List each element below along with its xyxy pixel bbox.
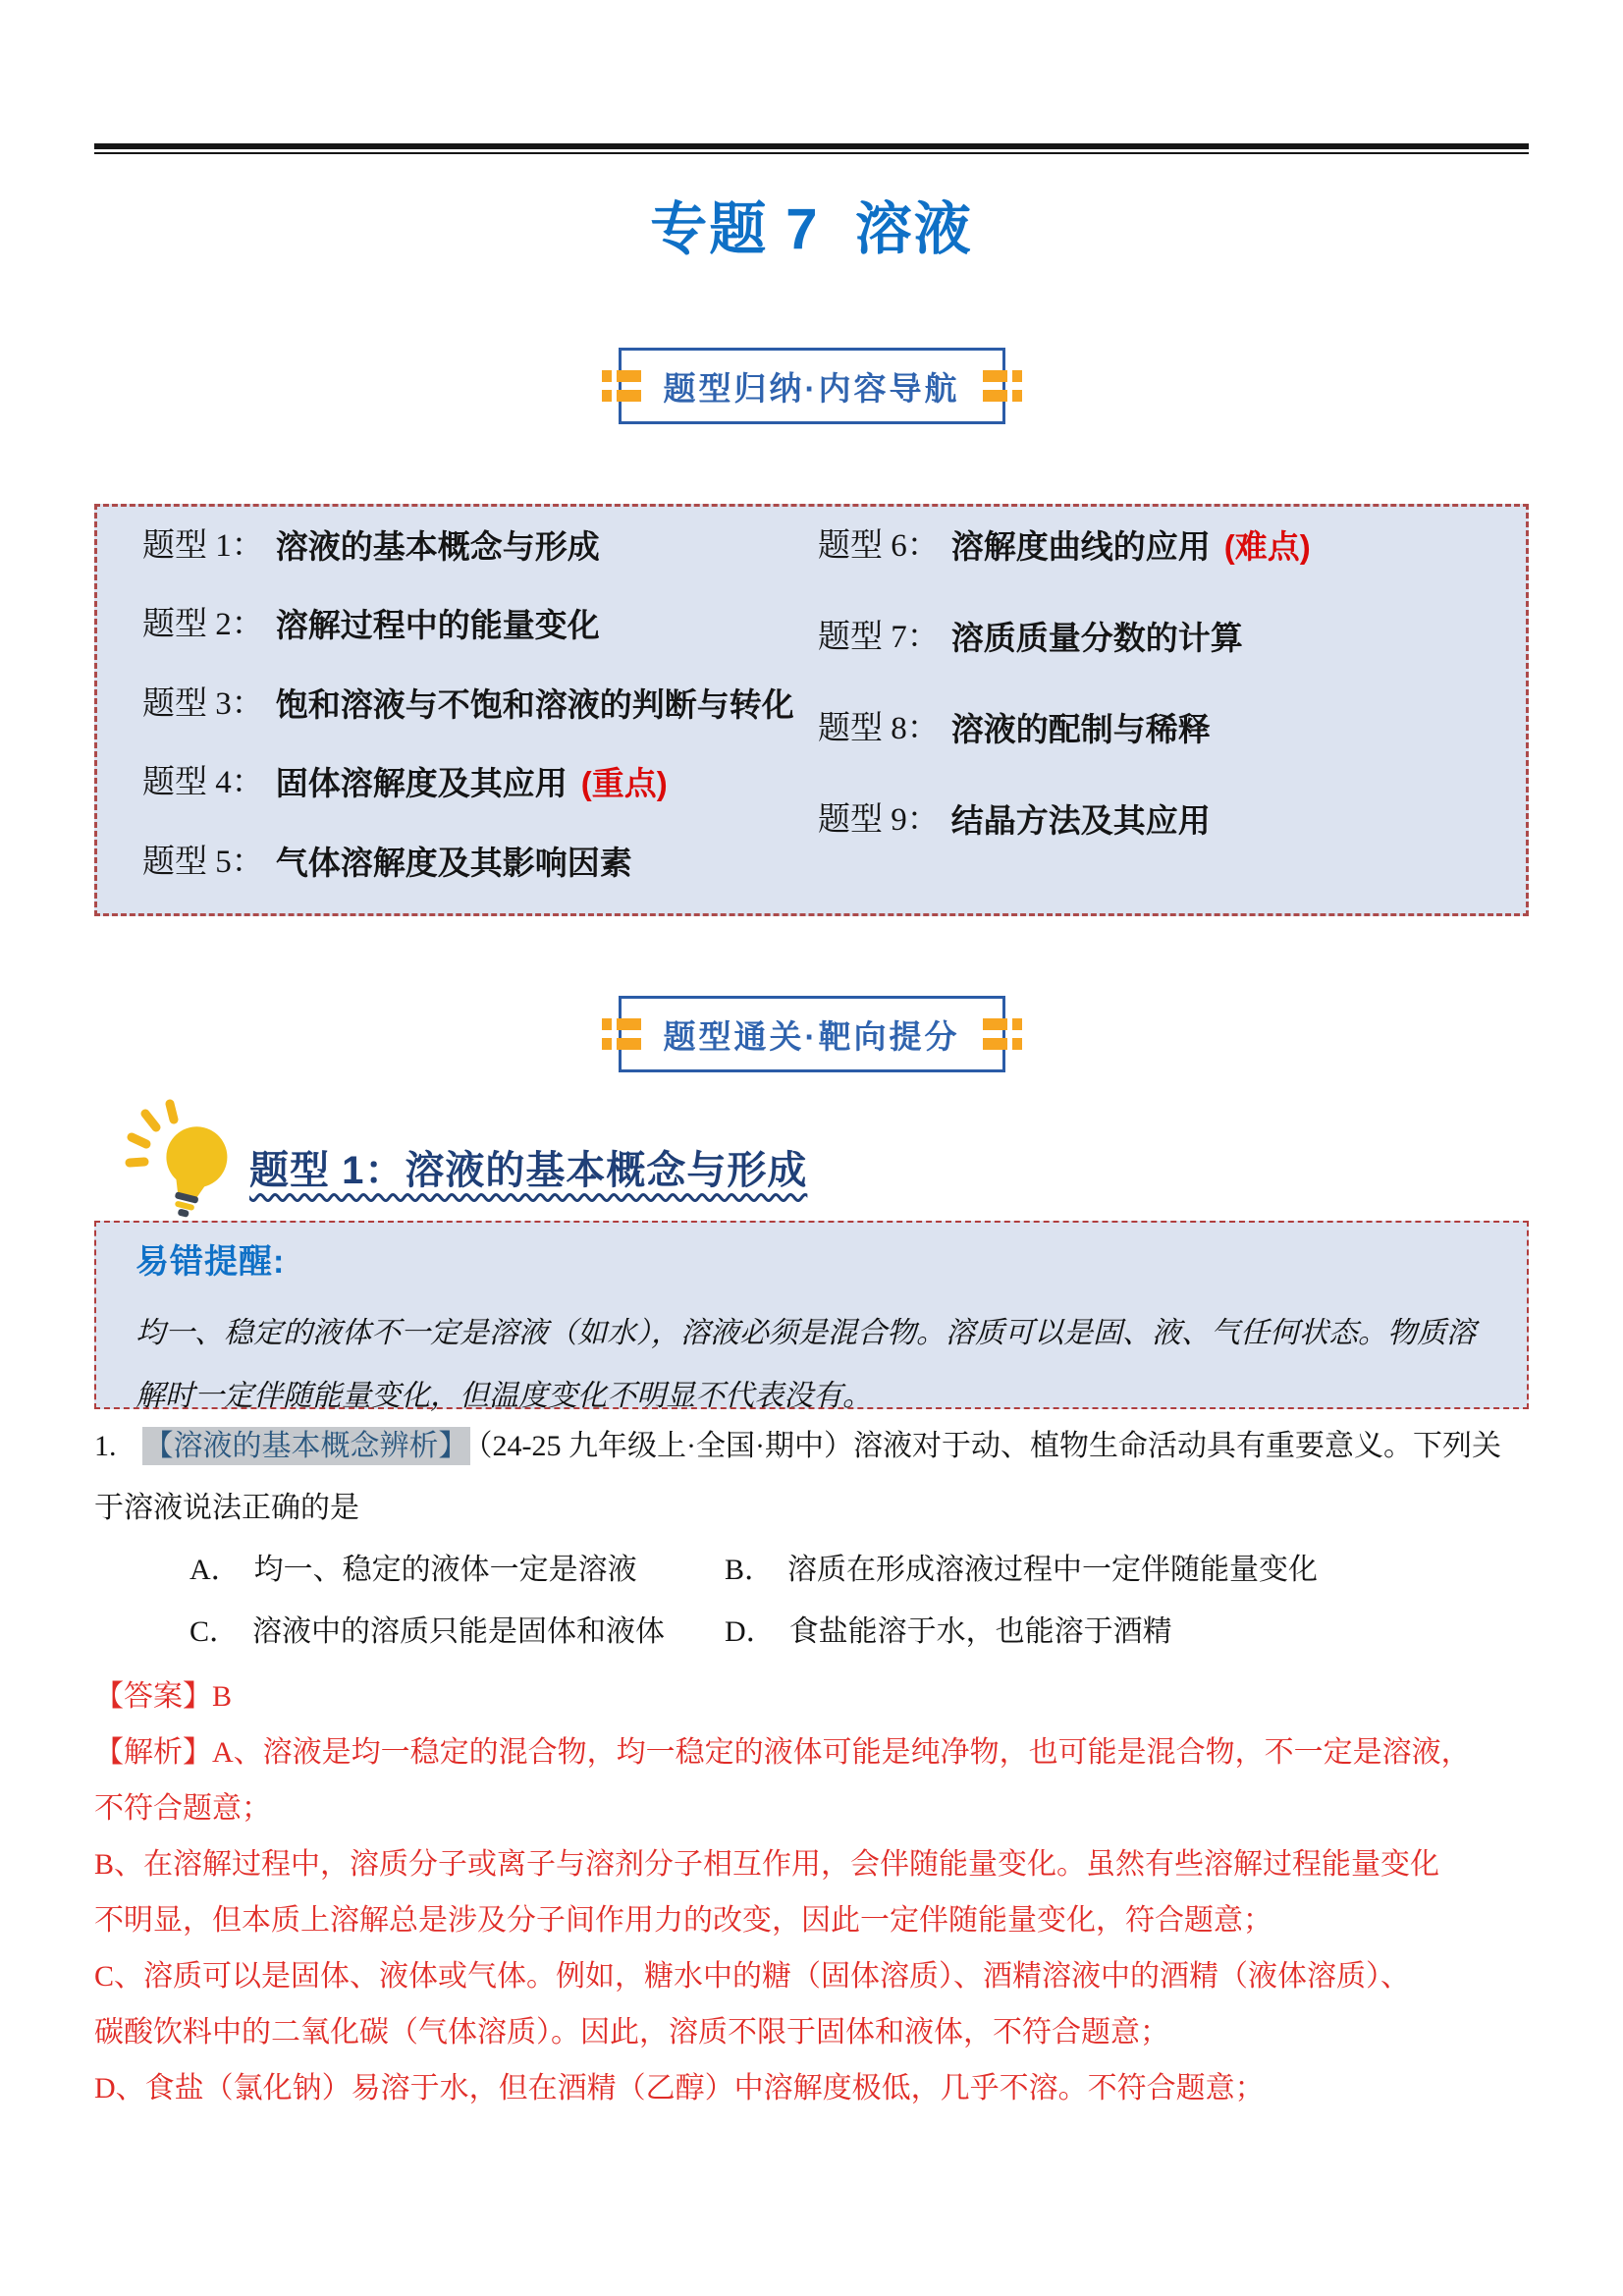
boost-section-badge-label: 题型通关·靶向提分	[664, 1011, 960, 1058]
alert-body: 均一、稳定的液体不一定是溶液（如水），溶液必须是混合物。溶质可以是固、液、气任何…	[135, 1302, 1497, 1428]
explanation-line-5: C、溶质可以是固体、液体或气体。例如，糖水中的糖（固体溶质）、酒精溶液中的酒精（…	[94, 1948, 1529, 2004]
equals-decoration-right-icon	[983, 370, 1022, 402]
equals-decoration-left-icon	[602, 1018, 641, 1050]
explanation-line-3: B、在溶解过程中，溶质分子或离子与溶剂分子相互作用，会伴随能量变化。虽然有些溶解…	[94, 1836, 1529, 1892]
option-c-label: C．	[189, 1615, 239, 1648]
equals-decoration-left-icon	[602, 370, 641, 402]
option-d-label: D．	[725, 1615, 776, 1648]
option-a-label: A．	[189, 1554, 241, 1586]
option-d-text: 食盐能溶于水，也能溶于酒精	[789, 1615, 1172, 1648]
topic-title: 溶液的配制与稀释	[951, 709, 1211, 749]
question-1-block: 1.【溶液的基本概念辨析】（24-25 九年级上·全国·期中）溶液对于动、植物生…	[94, 1415, 1529, 2116]
explanation-line-1: 【解析】A、溶液是均一稳定的混合物，均一稳定的液体可能是纯净物，也可能是混合物，…	[94, 1724, 1529, 1780]
option-c: C．溶液中的溶质只能是固体和液体	[189, 1601, 725, 1663]
topic-item-5: 题型 5： 气体溶解度及其影响因素	[142, 835, 818, 913]
topic-prefix: 题型 9：	[818, 800, 940, 841]
topic-prefix: 题型 4：	[142, 763, 264, 803]
topic-prefix: 题型 6：	[818, 526, 940, 567]
topic-prefix: 题型 1：	[142, 526, 264, 567]
topic-title: 溶液的基本概念与形成	[276, 526, 600, 567]
topic-item-6: 题型 6： 溶解度曲线的应用 (难点)	[818, 519, 1311, 610]
topic-prefix: 题型 8：	[818, 709, 940, 749]
option-b-label: B．	[725, 1554, 774, 1586]
question-stem-paragraph: 1.【溶液的基本概念辨析】（24-25 九年级上·全国·期中）溶液对于动、植物生…	[94, 1415, 1529, 1539]
explanation-line-4: 不明显，但本质上溶解总是涉及分子间作用力的改变，因此一定伴随能量变化，符合题意；	[94, 1892, 1529, 1948]
topic-prefix: 题型 7：	[818, 618, 940, 658]
nav-section-badge: 题型归纳·内容导航	[619, 348, 1005, 424]
nav-section-badge-label: 题型归纳·内容导航	[664, 363, 960, 410]
topics-panel: 题型 1： 溶液的基本概念与形成 题型 2： 溶解过程中的能量变化 题型 3： …	[94, 504, 1529, 916]
topic-prefix: 题型 5：	[142, 843, 264, 883]
topic-title: 结晶方法及其应用	[951, 800, 1211, 841]
answer-line: 【答案】B	[94, 1668, 1529, 1724]
explanation-line-6: 碳酸饮料中的二氧化碳（气体溶质）。因此，溶质不限于固体和液体，不符合题意；	[94, 2004, 1529, 2060]
topic-flag: (重点)	[581, 763, 668, 803]
answer-label: 【答案】	[94, 1680, 212, 1713]
topic-item-3: 题型 3： 饱和溶液与不饱和溶液的判断与转化	[142, 677, 818, 755]
option-c-text: 溶液中的溶质只能是固体和液体	[252, 1615, 665, 1648]
topic-item-1: 题型 1： 溶液的基本概念与形成	[142, 519, 818, 597]
topic-flag: (难点)	[1224, 526, 1311, 567]
topic-item-9: 题型 9： 结晶方法及其应用	[818, 793, 1311, 884]
topic-item-8: 题型 8： 溶液的配制与稀释	[818, 701, 1311, 793]
topic-item-2: 题型 2： 溶解过程中的能量变化	[142, 597, 818, 676]
option-b: B．溶质在形成溶液过程中一定伴随能量变化	[725, 1539, 1529, 1601]
worksheet-page: 专题 7 溶液 题型归纳·内容导航 题型 1： 溶液的基本概念与形成 题型 2：…	[0, 0, 1623, 2296]
topic-title: 固体溶解度及其应用	[276, 763, 568, 803]
explanation-line-7: D、食盐（氯化钠）易溶于水，但在酒精（乙醇）中溶解度极低，几乎不溶。不符合题意；	[94, 2060, 1529, 2116]
topic-prefix: 题型 2：	[142, 605, 264, 645]
alert-panel: 易错提醒: 均一、稳定的液体不一定是溶液（如水），溶液必须是混合物。溶质可以是固…	[94, 1221, 1529, 1409]
option-b-text: 溶质在形成溶液过程中一定伴随能量变化	[787, 1554, 1318, 1586]
topic-prefix: 题型 3：	[142, 684, 264, 725]
topic-item-7: 题型 7： 溶质质量分数的计算	[818, 610, 1311, 701]
topic-title: 溶解过程中的能量变化	[276, 605, 600, 645]
option-d: D．食盐能溶于水，也能溶于酒精	[725, 1601, 1529, 1663]
lightbulb-icon	[124, 1098, 253, 1224]
type1-heading: 题型 1：溶液的基本概念与形成	[249, 1139, 807, 1195]
topic-title: 气体溶解度及其影响因素	[276, 843, 632, 883]
alert-title: 易错提醒:	[135, 1234, 1497, 1283]
explanation-block: 【解析】A、溶液是均一稳定的混合物，均一稳定的液体可能是纯净物，也可能是混合物，…	[94, 1724, 1529, 2116]
topic-title: 溶质质量分数的计算	[951, 618, 1243, 658]
topic-item-4: 题型 4： 固体溶解度及其应用 (重点)	[142, 755, 818, 834]
topic-title: 饱和溶液与不饱和溶液的判断与转化	[276, 684, 794, 725]
option-a: A．均一、稳定的液体一定是溶液	[189, 1539, 725, 1601]
answer-value: B	[212, 1680, 232, 1713]
topics-column-left: 题型 1： 溶液的基本概念与形成 题型 2： 溶解过程中的能量变化 题型 3： …	[142, 519, 818, 913]
page-title: 专题 7 溶液	[0, 183, 1623, 265]
equals-decoration-right-icon	[983, 1018, 1022, 1050]
boost-section-badge: 题型通关·靶向提分	[619, 996, 1005, 1072]
question-number: 1.	[94, 1430, 117, 1462]
page-top-rule	[94, 143, 1529, 154]
question-tag: 【溶液的基本概念辨析】	[142, 1427, 470, 1465]
explanation-line-2: 不符合题意；	[94, 1780, 1529, 1836]
topic-title: 溶解度曲线的应用	[951, 526, 1211, 567]
option-a-text: 均一、稳定的液体一定是溶液	[254, 1554, 637, 1586]
options-grid: A．均一、稳定的液体一定是溶液 B．溶质在形成溶液过程中一定伴随能量变化 C．溶…	[94, 1539, 1529, 1663]
topics-column-right: 题型 6： 溶解度曲线的应用 (难点) 题型 7： 溶质质量分数的计算 题型 8…	[818, 519, 1311, 913]
